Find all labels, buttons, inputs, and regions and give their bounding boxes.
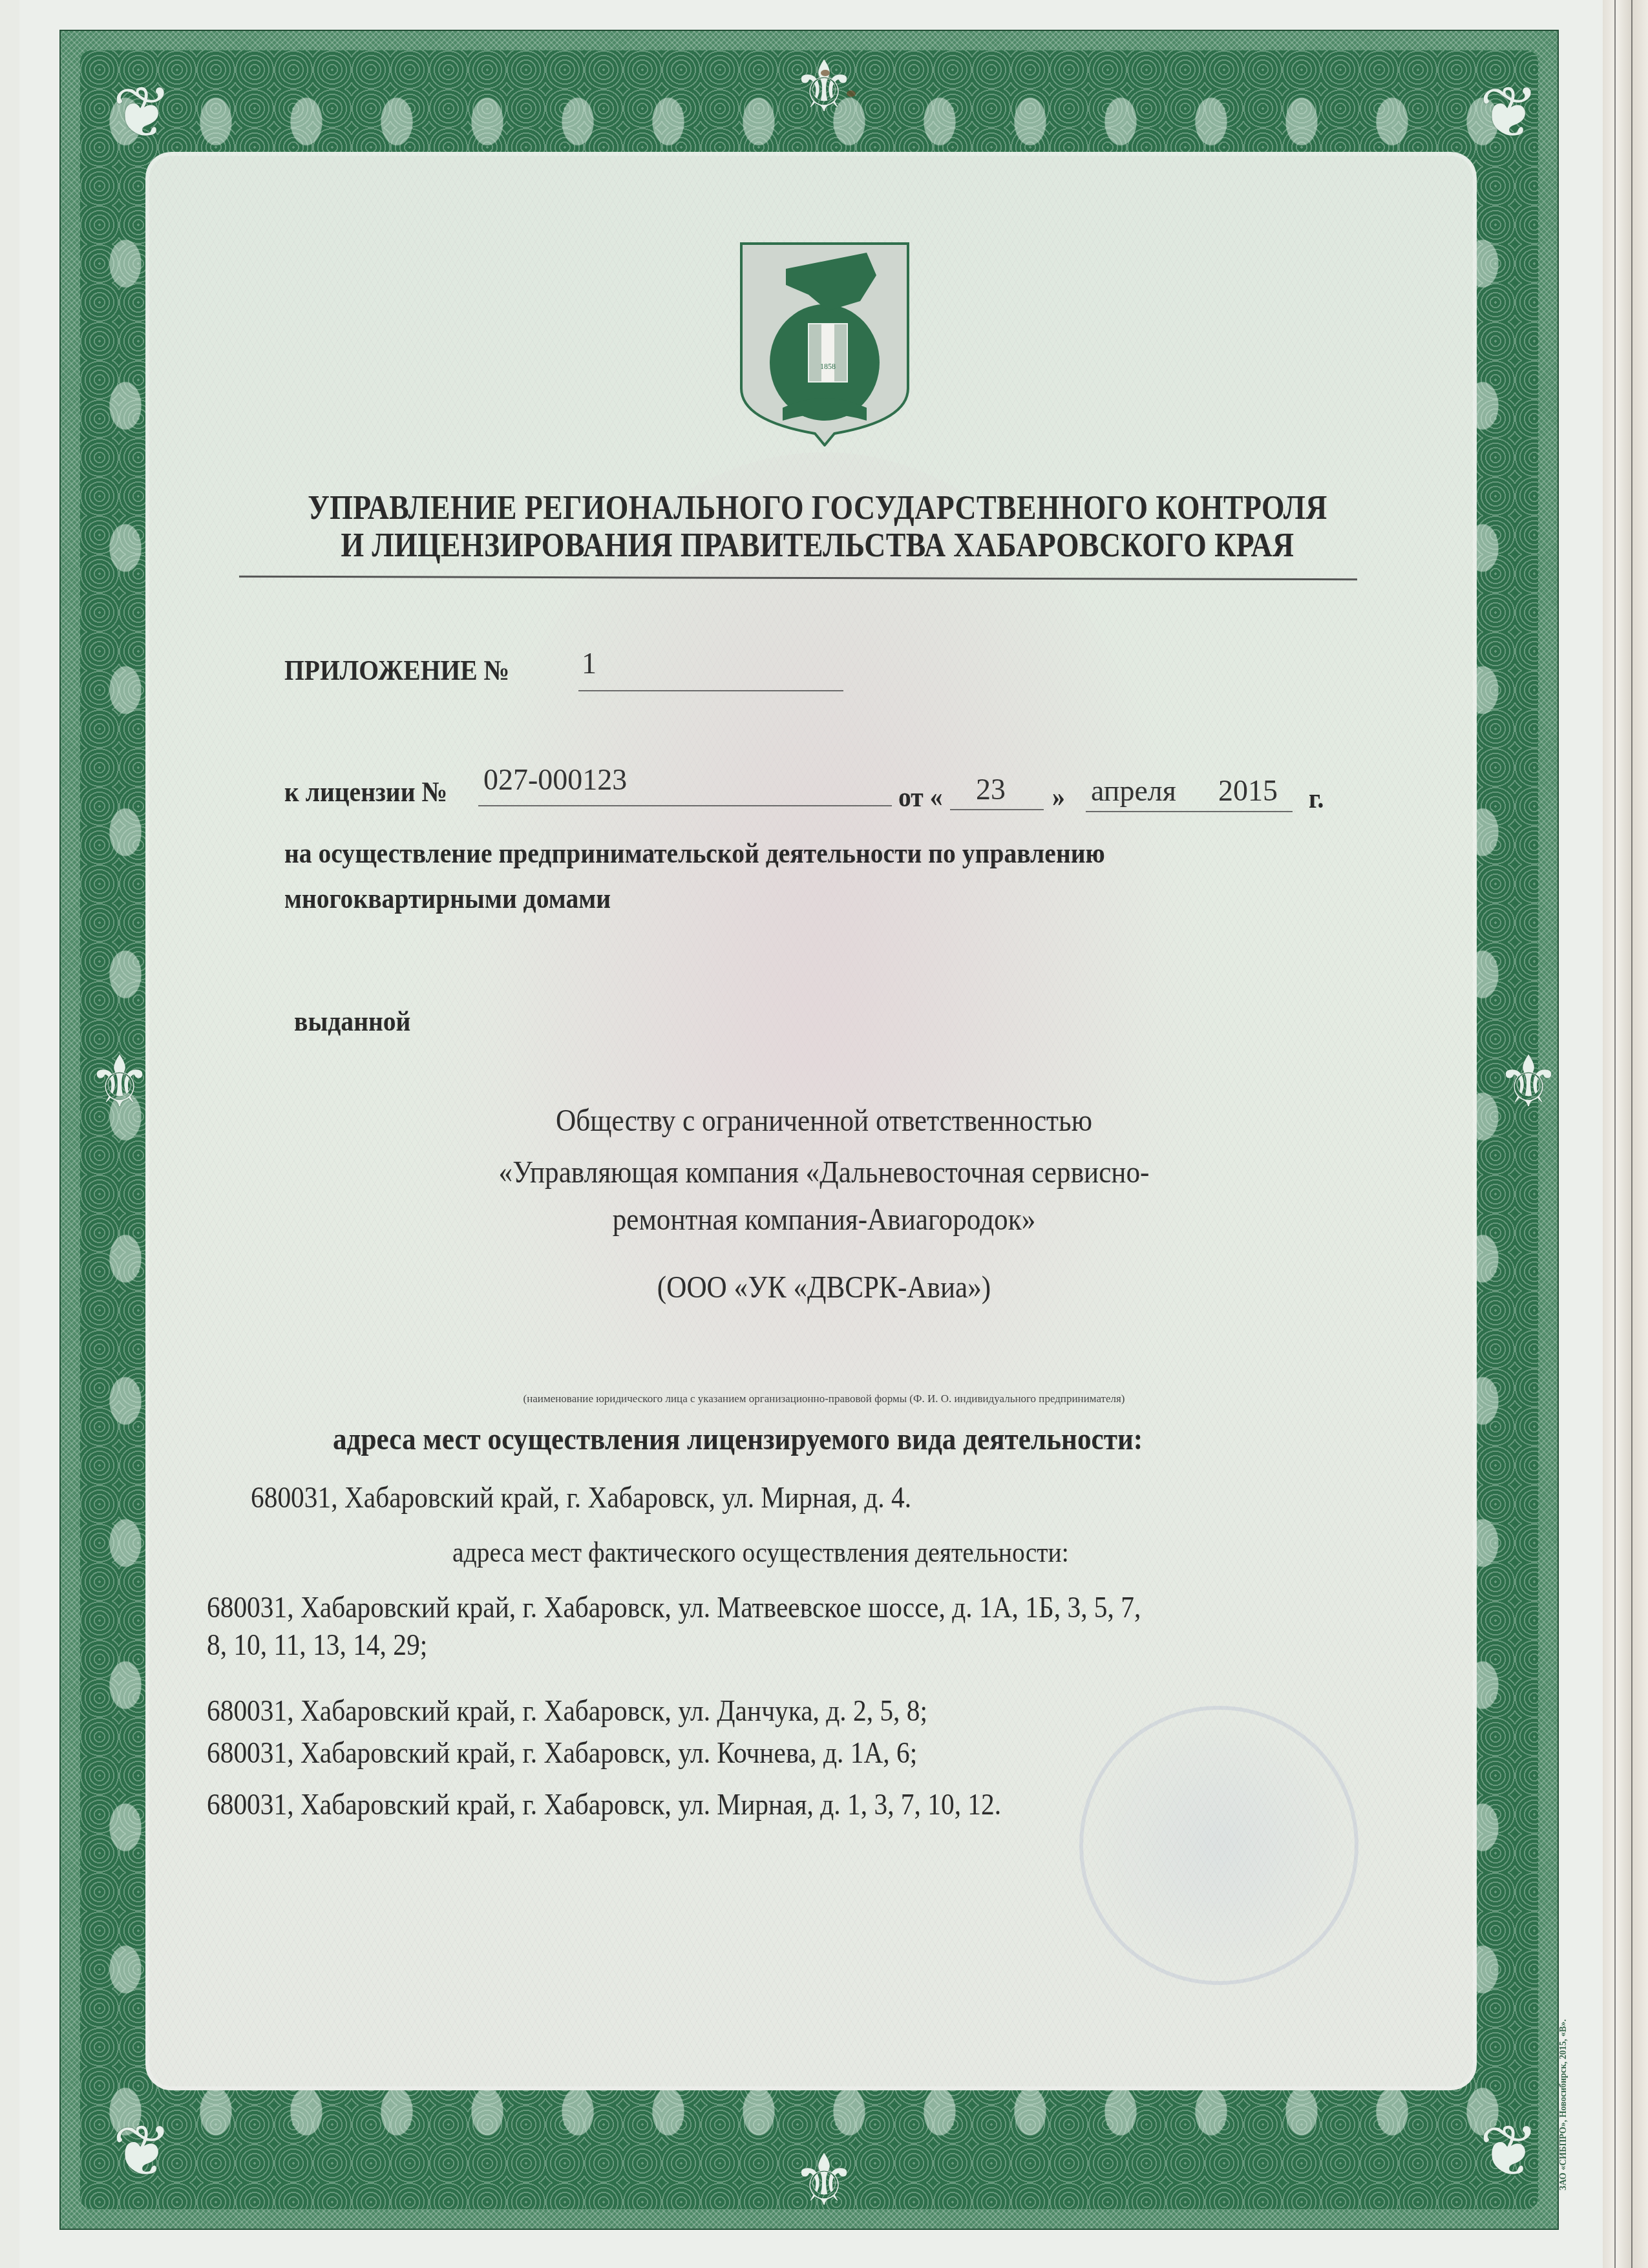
activity-line-1: на осуществление предпринимательской дея… — [284, 837, 1105, 870]
actual-place-row: 680031, Хабаровский край, г. Хабаровск, … — [207, 1693, 1312, 1729]
license-date-close-quote: » — [1052, 781, 1065, 814]
actual-place-row: 680031, Хабаровский край, г. Хабаровск, … — [207, 1735, 1312, 1771]
appendix-number: 1 — [582, 646, 597, 680]
corner-ornament-icon: ❦ — [94, 65, 191, 162]
corner-ornament-icon: ❦ — [94, 2103, 191, 2200]
actual-place-row: 680031, Хабаровский край, г. Хабаровск, … — [207, 1787, 1312, 1823]
license-month: апреля — [1091, 773, 1176, 808]
issuer-line-2: И ЛИЦЕНЗИРОВАНИЯ ПРАВИТЕЛЬСТВА ХАБАРОВСК… — [297, 527, 1338, 565]
corner-ornament-icon: ❦ — [1461, 2103, 1558, 2200]
licensee-short-name: (ООО «УК «ДВСРК-Авиа») — [257, 1268, 1391, 1307]
issued-label: выданной — [294, 1005, 410, 1038]
license-month-year-underline — [1086, 811, 1293, 812]
actual-places-heading: адреса мест фактического осуществления д… — [452, 1535, 1558, 1571]
licensee-line-2: «Управляющая компания «Дальневосточная с… — [257, 1153, 1391, 1192]
licensee-caption: (наименование юридического лица с указан… — [297, 1392, 1351, 1405]
paper-stack-edge — [1603, 0, 1648, 2268]
activity-line-2: многоквартирными домами — [284, 882, 611, 915]
license-label: к лицензии № — [284, 775, 447, 808]
license-day-underline — [950, 809, 1044, 810]
license-year-suffix: г. — [1309, 782, 1324, 815]
issuer-heading: УПРАВЛЕНИЕ РЕГИОНАЛЬНОГО ГОСУДАРСТВЕННОГ… — [297, 490, 1338, 565]
stain-spot — [847, 90, 856, 97]
svg-text:1858: 1858 — [820, 362, 836, 371]
license-year: 2015 — [1218, 773, 1278, 808]
stack-line — [1614, 0, 1616, 2268]
top-center-ornament-icon: ⚜ — [776, 39, 872, 136]
bottom-center-ornament-icon: ⚜ — [776, 2132, 872, 2229]
stain-spot — [821, 70, 830, 76]
right-mid-ornament-icon: ⚜ — [1480, 1034, 1577, 1131]
license-date-from-label: от « — [898, 781, 942, 814]
appendix-number-underline — [578, 690, 843, 691]
licensee-line-1: Обществу с ограниченной ответственностью — [257, 1102, 1391, 1140]
appendix-label: ПРИЛОЖЕНИЕ № — [284, 654, 509, 687]
watermark-emblem — [452, 452, 1196, 1551]
license-number: 027-000123 — [483, 762, 627, 797]
actual-place-row: 8, 10, 11, 13, 14, 29; — [207, 1627, 1312, 1663]
licensed-places-heading: адреса мест осуществления лицензируемого… — [333, 1422, 1143, 1457]
issuer-line-1: УПРАВЛЕНИЕ РЕГИОНАЛЬНОГО ГОСУДАРСТВЕННОГ… — [297, 490, 1338, 527]
printer-imprint: ЗАО «СИБПРО», Новосибирск, 2015, «В». — [1559, 2019, 1569, 2190]
license-day: 23 — [976, 772, 1006, 806]
stack-line — [1631, 0, 1632, 2268]
corner-ornament-icon: ❦ — [1461, 65, 1558, 162]
bear-coat-of-arms-icon: 1858 — [737, 240, 912, 446]
licensee-line-3: ремонтная компания-Авиагородок» — [257, 1201, 1391, 1239]
licensed-place: 680031, Хабаровский край, г. Хабаровск, … — [251, 1480, 1356, 1516]
actual-place-row: 680031, Хабаровский край, г. Хабаровск, … — [207, 1590, 1312, 1626]
license-number-underline — [478, 805, 892, 806]
